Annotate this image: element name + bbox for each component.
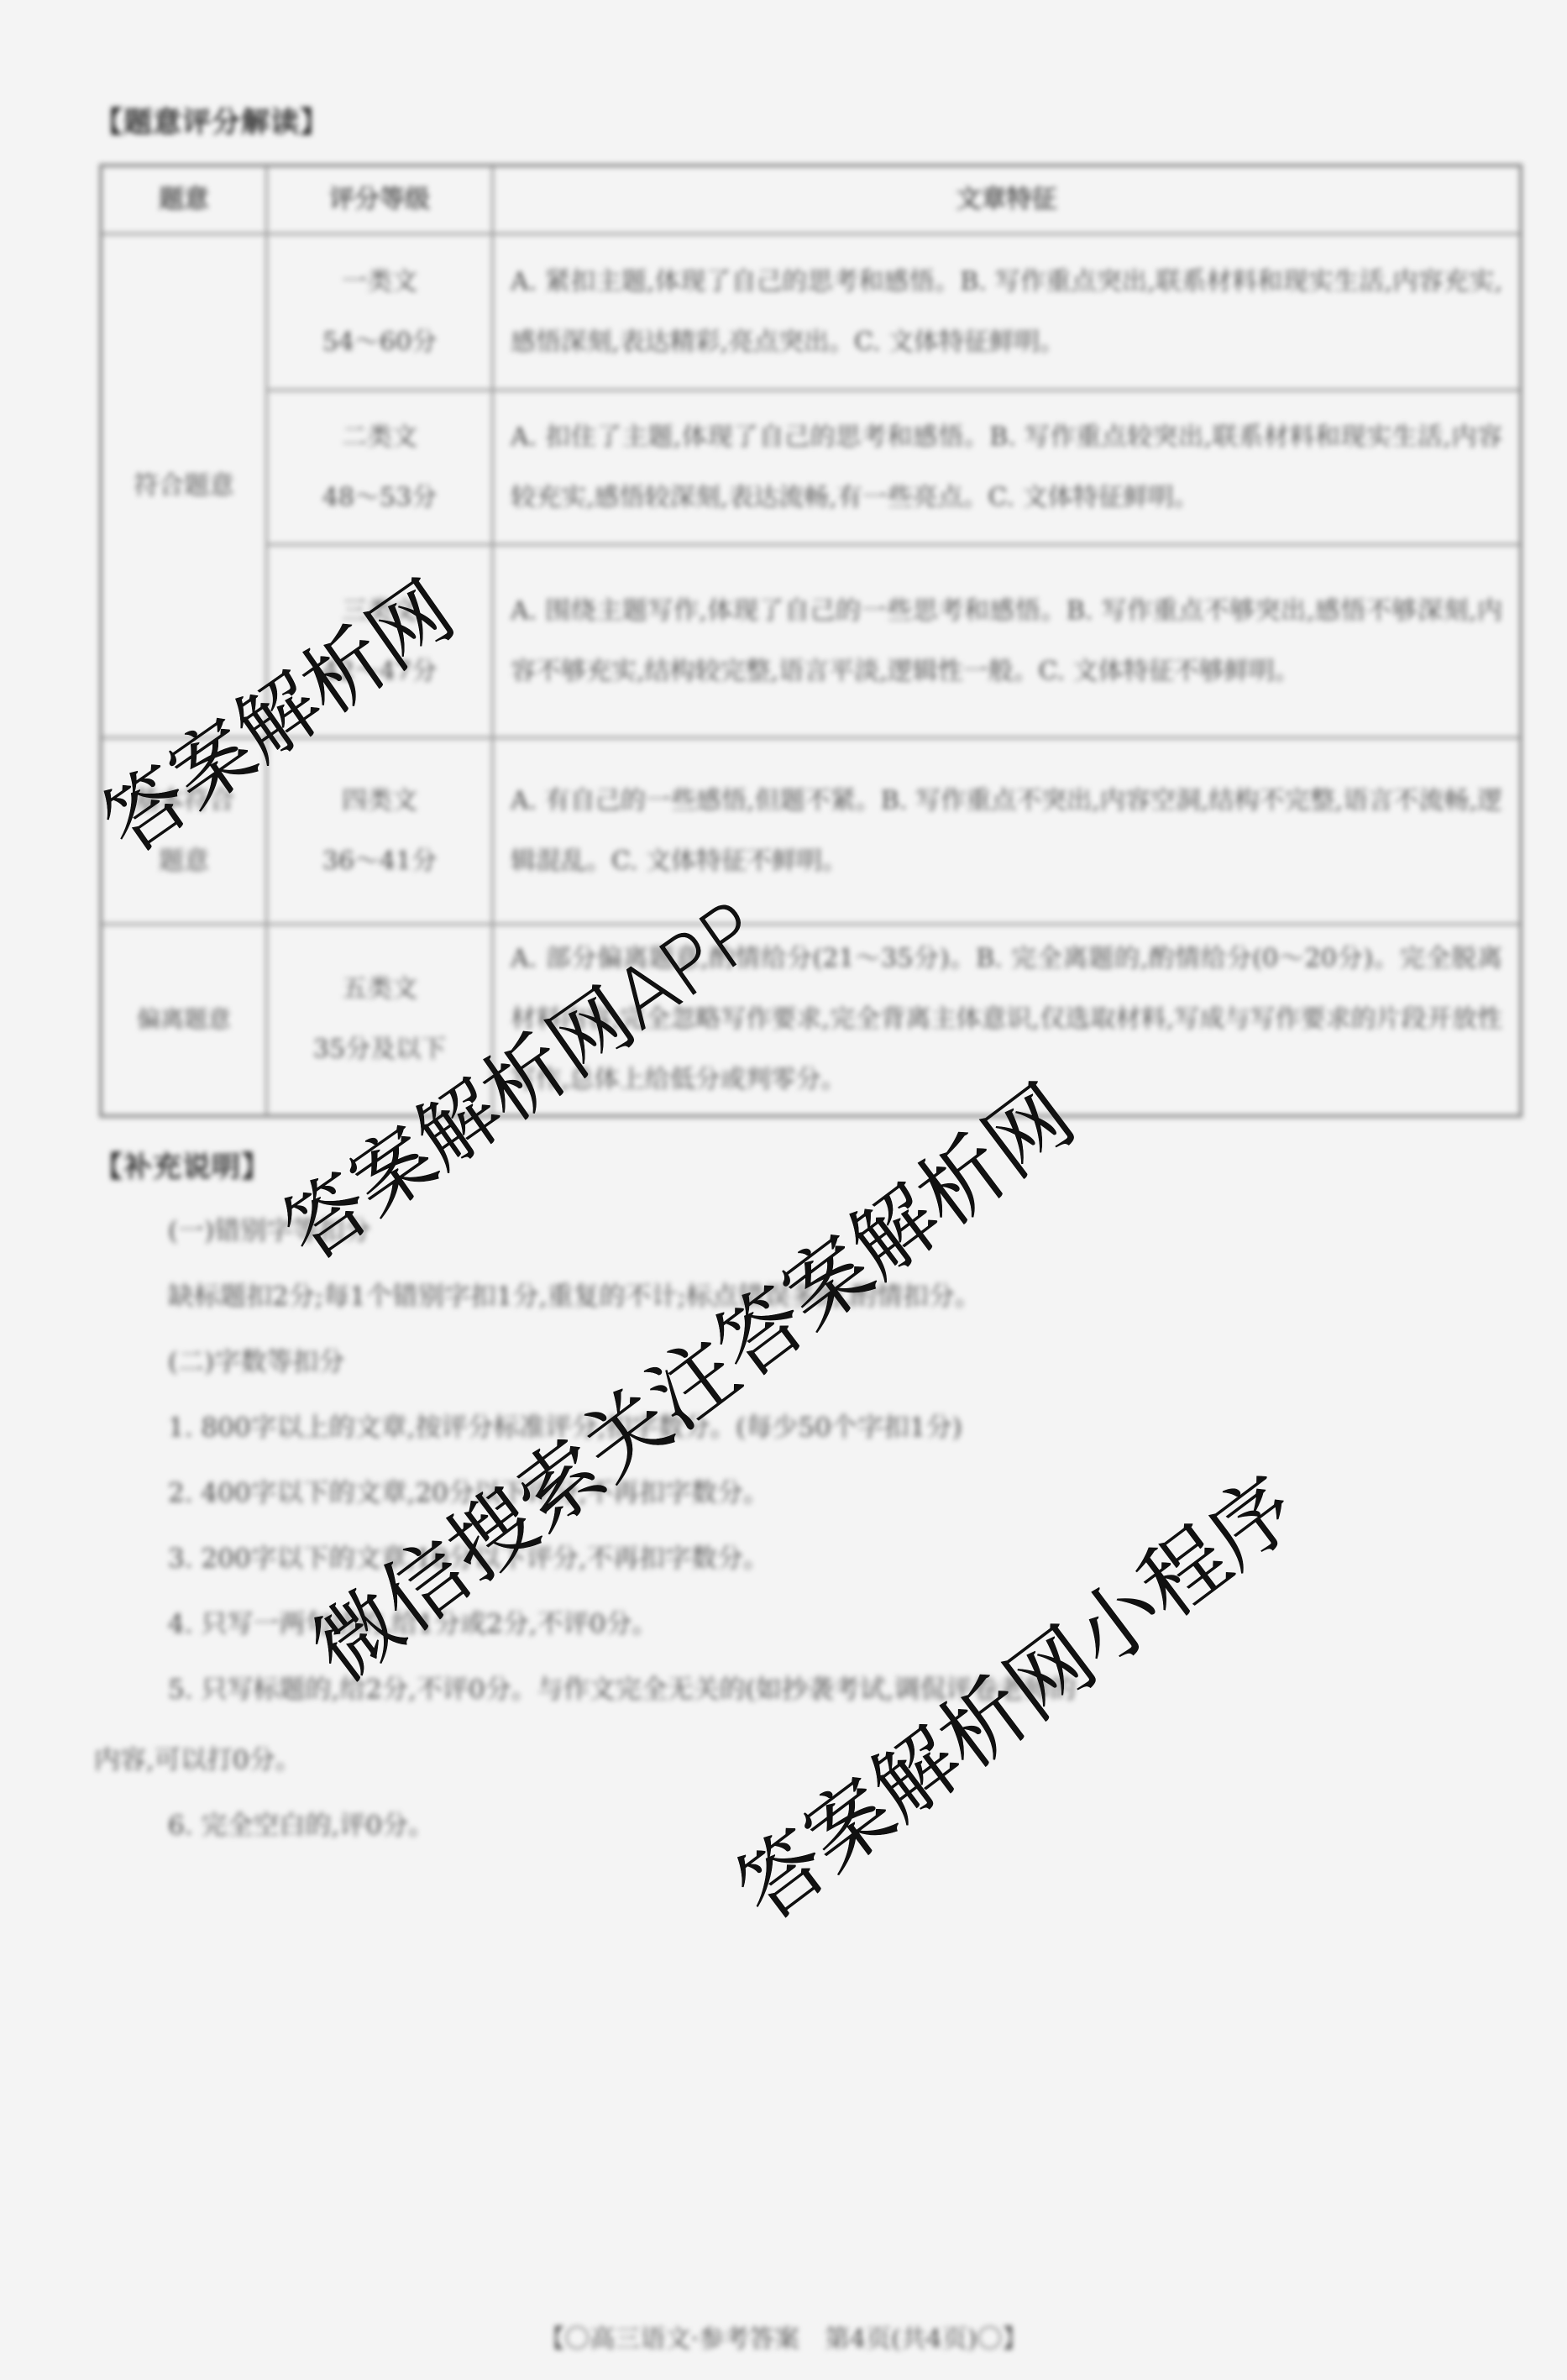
header-type: 题意 (101, 165, 267, 234)
table-header-row: 题意 评分等级 文章特征 (101, 165, 1521, 234)
supplement-line: 内容,可以打0分。 (94, 1738, 301, 1776)
grade-cell: 五类文 35分及以下 (267, 925, 493, 1116)
feature-cell: A. 有自己的一些感悟,但题不紧。B. 写作重点不突出,内容空洞,结构不完整,语… (493, 738, 1522, 925)
supplement-line: 3. 200字以下的文章,10分以下评分,不再扣字数分。 (168, 1537, 769, 1575)
feature-cell: A. 扣住了主题,体现了自己的思考和感悟。B. 写作重点较突出,联系材料和现实生… (493, 391, 1522, 545)
supplement-line: 1. 800字以上的文章,按评分标准评分,扣字数分。(每少50个字扣1分) (168, 1406, 962, 1444)
table-row: 符合题意 一类文 54～60分 A. 紧扣主题,体现了自己的思考和感悟。B. 写… (101, 234, 1521, 391)
feature-cell: A. 部分偏离题意,酌情给分(21～35分)。B. 完全离题的,酌情给分(0～2… (493, 925, 1522, 1116)
grade-cell: 二类文 48～53分 (267, 391, 493, 545)
score-range: 54～60分 (285, 312, 474, 373)
rubric-table: 题意 评分等级 文章特征 符合题意 一类文 54～60分 A. 紧扣主题,体现了… (99, 164, 1522, 1118)
grade-label: 三类文 (285, 581, 474, 642)
supplement-line: 5. 只写标题的,给2分,不评0分。与作文完全无关的(如抄袭考试,调侃评卷老师的 (168, 1668, 1077, 1706)
supplement-line: 4. 只写一两句话的,给1分或2分,不评0分。 (168, 1602, 658, 1640)
table-row: 偏离题意 五类文 35分及以下 A. 部分偏离题意,酌情给分(21～35分)。B… (101, 925, 1521, 1116)
table-row: 三类文 42～47分 A. 围绕主题写作,体现了自己的一些思考和感悟。B. 写作… (101, 545, 1521, 738)
type-cell: 基本符合题意 (101, 738, 267, 925)
grade-label: 一类文 (285, 252, 474, 312)
grade-cell: 三类文 42～47分 (267, 545, 493, 738)
supplement-line: (一)错别字等扣分 (168, 1209, 370, 1247)
section-title-rubric: 【题意评分解读】 (94, 99, 329, 140)
header-grade: 评分等级 (267, 165, 493, 234)
grade-label: 二类文 (285, 407, 474, 468)
supplement-line: 缺标题扣2分;每1个错别字扣1分,重复的不计;标点错误多的,酌情扣分。 (168, 1275, 981, 1313)
section-title-supplement: 【补充说明】 (94, 1144, 270, 1185)
supplement-line: 6. 完全空白的,评0分。 (168, 1804, 434, 1842)
supplement-line: (二)字数等扣分 (168, 1340, 344, 1378)
feature-cell: A. 紧扣主题,体现了自己的思考和感悟。B. 写作重点突出,联系材料和现实生活,… (493, 234, 1522, 391)
score-range: 35分及以下 (285, 1020, 474, 1080)
score-range: 42～47分 (285, 642, 474, 702)
grade-label: 四类文 (285, 771, 474, 831)
score-range: 36～41分 (285, 831, 474, 892)
type-cell: 符合题意 (101, 234, 267, 738)
feature-cell: A. 围绕主题写作,体现了自己的一些思考和感悟。B. 写作重点不够突出,感悟不够… (493, 545, 1522, 738)
grade-cell: 四类文 36～41分 (267, 738, 493, 925)
page-footer: 【〇高三语文·参考答案 第4页(共4页)〇】 (0, 2318, 1567, 2355)
supplement-line: 2. 400字以下的文章,20分以下评分,不再扣字数分。 (168, 1471, 769, 1509)
grade-label: 五类文 (285, 959, 474, 1020)
header-features: 文章特征 (493, 165, 1522, 234)
score-range: 48～53分 (285, 468, 474, 528)
grade-cell: 一类文 54～60分 (267, 234, 493, 391)
type-cell: 偏离题意 (101, 925, 267, 1116)
table-row: 二类文 48～53分 A. 扣住了主题,体现了自己的思考和感悟。B. 写作重点较… (101, 391, 1521, 545)
table-row: 基本符合题意 四类文 36～41分 A. 有自己的一些感悟,但题不紧。B. 写作… (101, 738, 1521, 925)
